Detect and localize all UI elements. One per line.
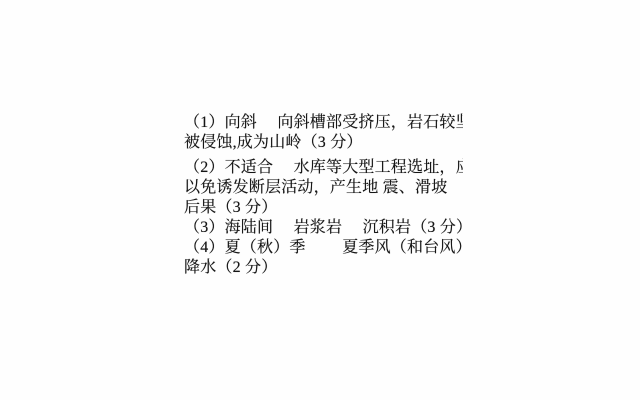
answer-line-8-text: 降水（2 分） xyxy=(184,259,277,276)
answer-line-8: 降水（2 分） xyxy=(184,258,469,278)
clipped-char xyxy=(447,178,454,198)
answer-line-7: （4）夏（秋）季 夏季风（和台风） xyxy=(184,238,469,258)
answer-line-3-text: （2）不适合 水库等大型工程选址， xyxy=(184,159,456,176)
answer-line-1-text: （1）向斜 向斜槽部受挤压，岩石较 xyxy=(184,114,456,131)
answer-line-3: （2）不适合 水库等大型工程选址，应 xyxy=(184,158,469,178)
answer-line-4-text: 以免诱发断层活动，产生地 震、滑坡 xyxy=(184,179,447,196)
answer-line-5: 后果（3 分） xyxy=(184,198,469,218)
clipped-char xyxy=(363,133,370,153)
clipped-char: ） xyxy=(456,238,463,258)
answer-line-6-text: （3）海陆间 岩浆岩 沉积岩（3 分） xyxy=(184,219,469,236)
scanned-page: （1）向斜 向斜槽部受挤压，岩石较坚 被侵蚀,成为山岭（3 分） （2）不适合 … xyxy=(0,0,640,400)
answer-line-6: （3）海陆间 岩浆岩 沉积岩（3 分） xyxy=(184,218,469,238)
answer-line-5-text: 后果（3 分） xyxy=(184,199,277,216)
answer-line-2: 被侵蚀,成为山岭（3 分） xyxy=(184,133,469,153)
answer-text-block: （1）向斜 向斜槽部受挤压，岩石较坚 被侵蚀,成为山岭（3 分） （2）不适合 … xyxy=(184,113,469,278)
answer-line-7-text: （4）夏（秋）季 夏季风（和台风 xyxy=(184,239,456,256)
clipped-char xyxy=(277,198,284,218)
answer-line-4: 以免诱发断层活动，产生地 震、滑坡 xyxy=(184,178,469,198)
answer-line-1: （1）向斜 向斜槽部受挤压，岩石较坚 xyxy=(184,113,469,133)
clipped-char: 应 xyxy=(456,158,463,178)
clipped-char xyxy=(277,258,284,278)
answer-line-2-text: 被侵蚀,成为山岭（3 分） xyxy=(184,134,363,151)
clipped-char: 坚 xyxy=(456,113,463,133)
